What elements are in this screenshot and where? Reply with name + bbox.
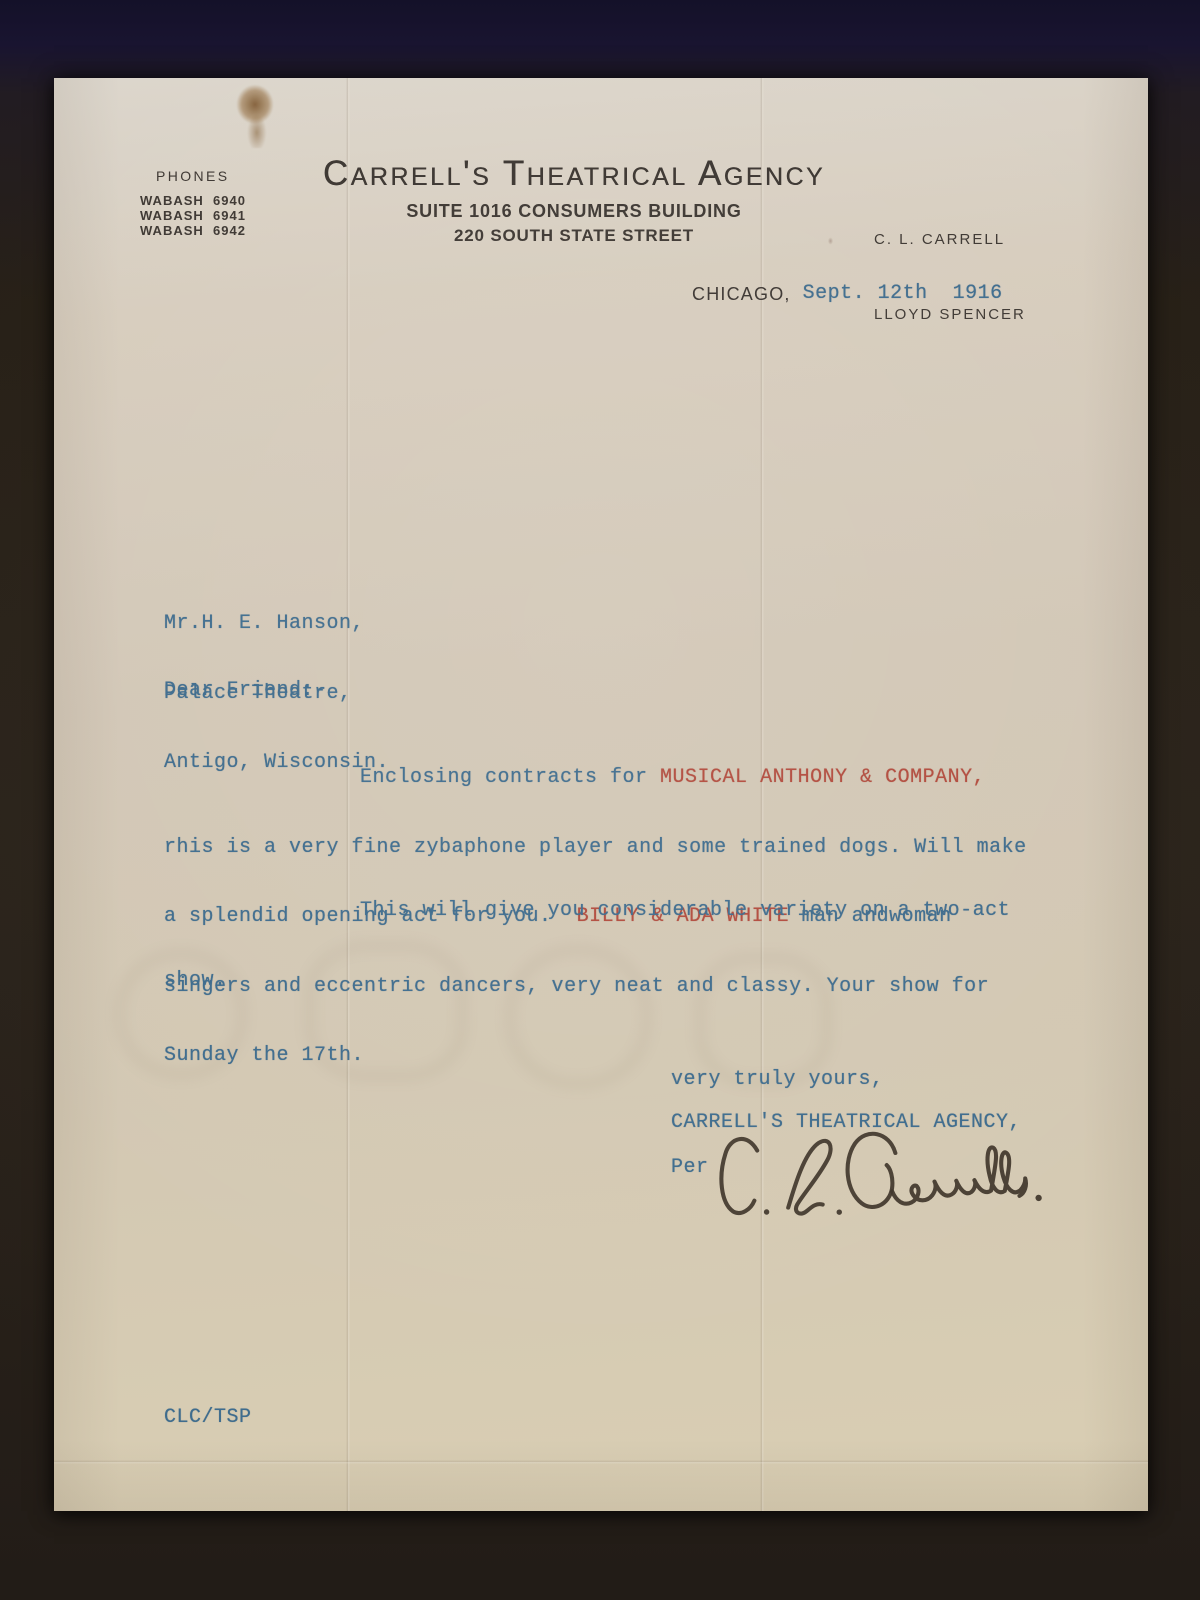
street-address-line: 220 SOUTH STATE STREET xyxy=(264,226,884,246)
signature-name: C. L. Carrell. xyxy=(54,78,55,79)
horizontal-fold-crease xyxy=(54,1460,1148,1464)
phones-block: PHONES WABASH 6940 WABASH 6941 WABASH 69… xyxy=(140,168,246,238)
letter-paper: PHONES WABASH 6940 WABASH 6941 WABASH 69… xyxy=(54,78,1148,1511)
valediction: very truly yours, xyxy=(671,1068,884,1091)
suite-address-line: SUITE 1016 CONSUMERS BUILDING xyxy=(264,201,884,222)
city-label: CHICAGO, xyxy=(692,284,791,304)
body-paragraph-2: This will give you considerable variety … xyxy=(164,853,1010,1038)
phone-number: WABASH 6941 xyxy=(140,208,246,223)
body-line: This will give you considerable variety … xyxy=(164,899,1010,923)
principals-block: C. L. CARRELL LLOYD SPENCER xyxy=(874,177,1026,377)
body-line: Enclosing contracts for MUSICAL ANTHONY … xyxy=(164,766,1027,790)
dateline: CHICAGO,Sept. 12th 1916 xyxy=(692,284,1003,307)
body-line: Sunday the 17th. xyxy=(164,1044,1027,1068)
highlighted-act-name: MUSICAL ANTHONY & COMPANY, xyxy=(660,766,985,789)
salutation: Dear Friend:- xyxy=(164,679,327,702)
paper-stain xyxy=(232,84,278,148)
handwritten-signature xyxy=(700,1112,1049,1249)
reference-initials: CLC/TSP xyxy=(164,1406,252,1429)
recipient-line: Mr.H. E. Hanson, xyxy=(164,612,389,636)
letterhead-title-block: Carrell's Theatrical Agency SUITE 1016 C… xyxy=(264,154,884,246)
body-line: show. xyxy=(164,969,1010,993)
phone-number: WABASH 6942 xyxy=(140,223,246,238)
phone-number: WABASH 6940 xyxy=(140,193,246,208)
agency-title: Carrell's Theatrical Agency xyxy=(264,154,884,194)
typed-date: Sept. 12th 1916 xyxy=(803,282,1003,305)
photo-background: PHONES WABASH 6940 WABASH 6941 WABASH 69… xyxy=(0,0,1200,1600)
phones-label: PHONES xyxy=(156,168,246,184)
principal-name: C. L. CARRELL xyxy=(874,227,1026,252)
